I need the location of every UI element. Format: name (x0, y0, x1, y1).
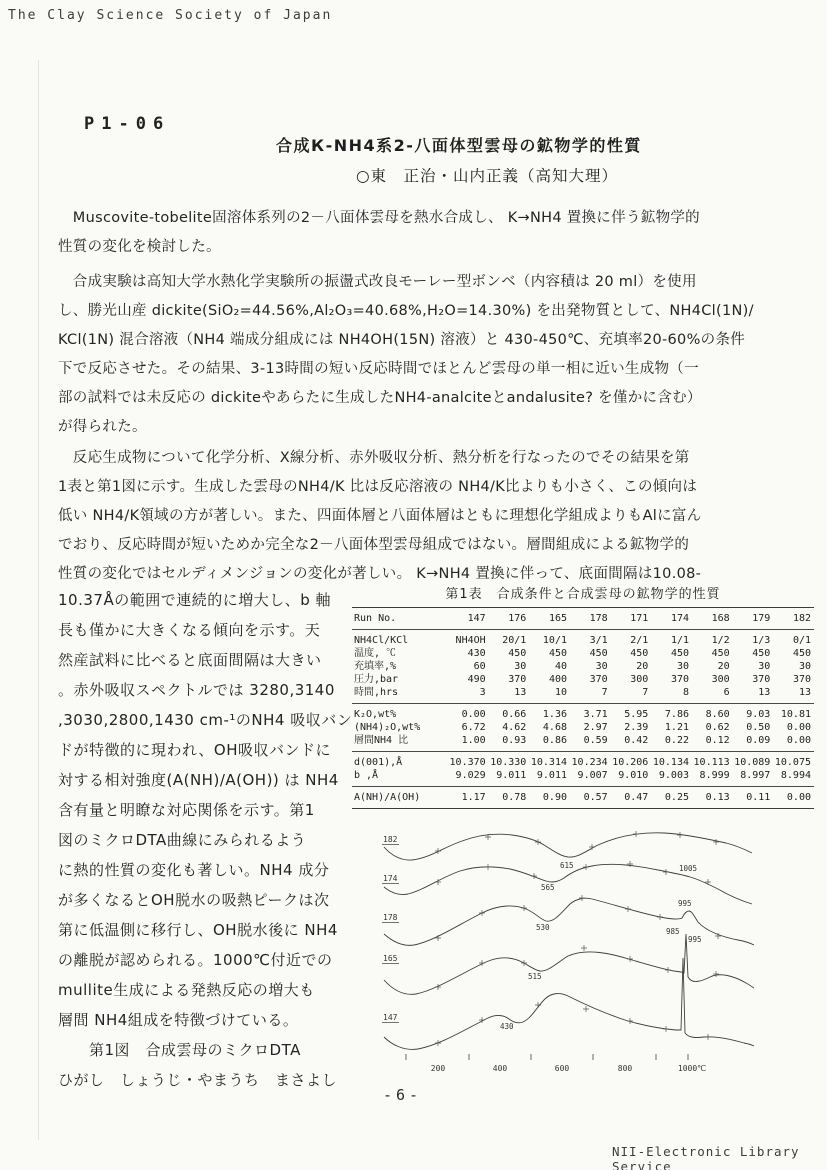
text-line: ,3030,2800,1430 cm-¹のNH4 吸収バン (58, 705, 396, 735)
table-section: K₂O,wt%0.000.661.363.715.957.868.609.031… (352, 704, 814, 752)
dta-peak-annotation: 1005 (679, 864, 697, 873)
paper-authors: ○東 正治・山内正義（高知大理） (356, 164, 618, 186)
table-cell: 0.13 (692, 791, 733, 804)
paper-title: 合成К-NH4系2-八面体型雲母の鉱物学的性質 (276, 133, 642, 156)
table-row: A(NH)/A(OH)1.170.780.900.570.470.250.130… (352, 791, 814, 804)
table-cell: 7 (611, 686, 652, 699)
text-line: でおり、反応時間が短いためか完全な2－八面体型雲母組成ではない。層間組成による鉱… (58, 531, 772, 560)
table-cell: 430 (448, 647, 489, 660)
dta-peak-annotation: 430 (500, 1022, 514, 1031)
table-cell: 9.029 (448, 769, 489, 782)
paper-code: P1-06 (84, 114, 170, 134)
text-line: mullite生成による発熱反応の増大も (58, 975, 396, 1005)
text-line: 層間 NH4組成を特徴づけている。 (58, 1005, 396, 1035)
table-row-label: 時間,hrs (352, 686, 448, 699)
table-cell: 490 (448, 673, 489, 686)
table-cell: 450 (692, 647, 733, 660)
table-cell: 0.11 (733, 791, 774, 804)
table-cell: 4.62 (489, 721, 530, 734)
dta-curves-svg: 1826151745651005178530995165515985995147… (378, 830, 827, 1076)
table-row-label: K₂O,wt% (352, 708, 448, 721)
table-cell: 13 (489, 686, 530, 699)
paragraph-2: 合成実験は高知大学水熱化学実験所の振盪式改良モーレー型ボンベ（内容積は 20 m… (58, 268, 772, 442)
table-cell: 9.003 (651, 769, 692, 782)
table-row-label: (NH4)₂O,wt% (352, 721, 448, 734)
table-cell: 10.134 (651, 756, 692, 769)
table-cell: 300 (692, 673, 733, 686)
table-cell: 7.86 (651, 708, 692, 721)
x-axis-tick-label: 200 (431, 1064, 446, 1073)
table-cell: 370 (733, 673, 774, 686)
table-cell: 450 (570, 647, 611, 660)
table-cell: 10.234 (570, 756, 611, 769)
table-cell: 10 (529, 686, 570, 699)
x-axis-ticks (406, 1054, 688, 1060)
text-line: 1表と第1図に示す。生成した雲母のNH4/K 比は反応溶液の NH4/K比よりも… (58, 473, 772, 502)
table-cell: 0.12 (692, 734, 733, 747)
table-section: d(001),Å10.37010.33010.31410.23410.20610… (352, 752, 814, 787)
text-line: 第1図 合成雲母のミクロDTA (58, 1035, 396, 1065)
table-row: Run No.147176165178171174168179182 (352, 612, 814, 625)
table-cell: 3/1 (570, 634, 611, 647)
dta-curve-run-147 (384, 958, 754, 1049)
text-line: が多くなるとOH脱水の吸熱ピークは次 (58, 885, 396, 915)
table-cell: 3 (448, 686, 489, 699)
table-cell: 9.011 (489, 769, 530, 782)
table-row: (NH4)₂O,wt%6.724.624.682.972.391.210.620… (352, 721, 814, 734)
table-cell: 370 (570, 673, 611, 686)
table-1-block: 第1表 合成条件と合成雲母の鉱物学的性質 Run No.147176165178… (352, 583, 814, 809)
table-cell: 20/1 (489, 634, 530, 647)
dta-peak-annotation: 530 (536, 923, 550, 932)
table-cell: 2/1 (611, 634, 652, 647)
table-cell: 1.36 (529, 708, 570, 721)
table-cell: 30 (651, 660, 692, 673)
table-row: 圧力,bar490370400370300370300370370 (352, 673, 814, 686)
table-header-section: Run No.147176165178171174168179182 (352, 608, 814, 630)
dta-run-label: 165 (383, 954, 398, 963)
table-cell: 8.994 (773, 769, 814, 782)
table-cell: 0.62 (692, 721, 733, 734)
table-cell: 9.010 (611, 769, 652, 782)
dta-curve-run-182 (384, 833, 752, 860)
table-cell: 400 (529, 673, 570, 686)
text-line: 10.37Åの範囲で連続的に増大し、b 軸 (58, 585, 396, 615)
text-line: 含有量と明瞭な対応関係を示す。第1 (58, 795, 396, 825)
text-line: に熱的性質の変化も著しい。NH4 成分 (58, 855, 396, 885)
library-footer: NII-Electronic Library Service (612, 1144, 827, 1170)
text-line: 対する相対強度(A(NH)/A(OH)) は NH4 (58, 765, 396, 795)
text-line: し、勝光山産 dickite(SiO₂=44.56%,Al₂O₃=40.68%,… (58, 297, 772, 326)
library-header: The Clay Science Society of Japan (8, 8, 332, 23)
table-cell: 165 (529, 612, 570, 625)
page-number: -6- (383, 1086, 422, 1104)
text-line: 第に低温側に移行し、OH脱水後に NH4 (58, 915, 396, 945)
table-cell: 3.71 (570, 708, 611, 721)
table-cell: 370 (651, 673, 692, 686)
table-cell: 0.00 (773, 734, 814, 747)
table-cell: 176 (489, 612, 530, 625)
table-cell: 30 (489, 660, 530, 673)
x-axis-tick-label: 1000℃ (678, 1064, 706, 1073)
table-cell: 40 (529, 660, 570, 673)
dta-peak-annotation: 615 (560, 861, 574, 870)
text-line: 下で反応させた。その結果、3-13時間の短い反応時間でほとんど雲母の単一相に近い… (58, 355, 772, 384)
x-axis-tick-label: 800 (618, 1064, 633, 1073)
table-cell: 0.93 (489, 734, 530, 747)
table-row: b ,Å9.0299.0119.0119.0079.0109.0038.9998… (352, 769, 814, 782)
table-section: A(NH)/A(OH)1.170.780.900.570.470.250.130… (352, 787, 814, 808)
table-row: K₂O,wt%0.000.661.363.715.957.868.609.031… (352, 708, 814, 721)
table-row-label: Run No. (352, 612, 448, 625)
table-cell: 8.999 (692, 769, 733, 782)
table-cell: 168 (692, 612, 733, 625)
dta-peak-annotation: 985 (666, 927, 680, 936)
table-cell: 450 (651, 647, 692, 660)
table-cell: 20 (611, 660, 652, 673)
table-cell: 30 (773, 660, 814, 673)
text-line: ひがし しょうじ・やまうち まさよし (58, 1065, 396, 1095)
table-cell: 0.25 (651, 791, 692, 804)
table-row-label: b ,Å (352, 769, 448, 782)
text-line: 性質の変化を検討した。 (58, 233, 772, 262)
table-cell: 9.007 (570, 769, 611, 782)
table-cell: 300 (611, 673, 652, 686)
table-cell: 174 (651, 612, 692, 625)
text-line: 。赤外吸収スペクトルでは 3280,3140 (58, 675, 396, 705)
table-cell: 10.370 (448, 756, 489, 769)
table-row-label: 圧力,bar (352, 673, 448, 686)
table-cell: 171 (611, 612, 652, 625)
table-cell: 1/3 (733, 634, 774, 647)
table-cell: 13 (773, 686, 814, 699)
table-1: Run No.147176165178171174168179182NH4Cl/… (352, 607, 814, 809)
table-row: 充填率,%603040302030203030 (352, 660, 814, 673)
table-cell: 0.50 (733, 721, 774, 734)
table-section: NH4Cl/KClNH4OH20/110/13/12/11/11/21/30/1… (352, 630, 814, 704)
table-row-label: 温度, ℃ (352, 647, 448, 660)
table-1-title: 第1表 合成条件と合成雲母の鉱物学的性質 (352, 583, 814, 602)
table-cell: 8.997 (733, 769, 774, 782)
table-cell: 0.00 (448, 708, 489, 721)
text-line: 図のミクロDTA曲線にみられるよう (58, 825, 396, 855)
table-row: 層間NH4 比1.000.930.860.590.420.220.120.090… (352, 734, 814, 747)
text-line: が得られた。 (58, 413, 772, 442)
text-line: 低い NH4/K領域の方が著しい。また、四面体層と八面体層はともに理想化学組成よ… (58, 502, 772, 531)
table-cell: 9.011 (529, 769, 570, 782)
table-cell: 0.47 (611, 791, 652, 804)
table-cell: 1.17 (448, 791, 489, 804)
table-cell: 147 (448, 612, 489, 625)
left-text-column: 10.37Åの範囲で連続的に増大し、b 軸長も僅かに大きくなる傾向を示す。天然産… (58, 585, 396, 1095)
table-cell: 10.81 (773, 708, 814, 721)
table-cell: 10.206 (611, 756, 652, 769)
scan-crease-line (38, 60, 39, 1140)
text-line: 長も僅かに大きくなる傾向を示す。天 (58, 615, 396, 645)
table-cell: 8 (651, 686, 692, 699)
table-cell: 2.97 (570, 721, 611, 734)
table-cell: 10.113 (692, 756, 733, 769)
table-cell: 4.68 (529, 721, 570, 734)
table-cell: 0.90 (529, 791, 570, 804)
text-line: 部の試料では未反応の dickiteやあらたに生成したNH4-analciteと… (58, 384, 772, 413)
table-cell: 450 (489, 647, 530, 660)
table-cell: 13 (733, 686, 774, 699)
table-cell: 10.075 (773, 756, 814, 769)
text-line: Muscovite-tobelite固溶体系列の2－八面体雲母を熱水合成し、 K… (58, 204, 772, 233)
text-line: ドが特徴的に現われ、OH吸収バンドに (58, 735, 396, 765)
table-cell: 2.39 (611, 721, 652, 734)
table-cell: 0.86 (529, 734, 570, 747)
table-row-label: 充填率,% (352, 660, 448, 673)
dta-run-label: 182 (383, 835, 398, 844)
table-cell: 450 (529, 647, 570, 660)
table-row: d(001),Å10.37010.33010.31410.23410.20610… (352, 756, 814, 769)
table-cell: 0.00 (773, 721, 814, 734)
table-row-label: A(NH)/A(OH) (352, 791, 448, 804)
table-row: 時間,hrs3131077861313 (352, 686, 814, 699)
table-cell: 1/1 (651, 634, 692, 647)
table-cell: 7 (570, 686, 611, 699)
table-cell: 0/1 (773, 634, 814, 647)
table-cell: 1.21 (651, 721, 692, 734)
table-cell: 10.089 (733, 756, 774, 769)
table-cell: 0.59 (570, 734, 611, 747)
dta-run-label: 147 (383, 1013, 398, 1022)
table-cell: 0.22 (651, 734, 692, 747)
x-axis-tick-label: 600 (555, 1064, 570, 1073)
table-cell: 370 (773, 673, 814, 686)
table-cell: 178 (570, 612, 611, 625)
table-cell: 370 (489, 673, 530, 686)
table-cell: 450 (611, 647, 652, 660)
table-cell: NH4OH (448, 634, 489, 647)
table-cell: 0.66 (489, 708, 530, 721)
text-line: の離脱が認められる。1000℃付近での (58, 945, 396, 975)
text-line: 合成実験は高知大学水熱化学実験所の振盪式改良モーレー型ボンベ（内容積は 20 m… (58, 268, 772, 297)
table-cell: 10.314 (529, 756, 570, 769)
table-row-label: d(001),Å (352, 756, 448, 769)
table-row: 温度, ℃430450450450450450450450450 (352, 647, 814, 660)
table-cell: 0.78 (489, 791, 530, 804)
table-cell: 6.72 (448, 721, 489, 734)
table-cell: 10/1 (529, 634, 570, 647)
dta-peak-annotation: 995 (678, 899, 692, 908)
table-cell: 5.95 (611, 708, 652, 721)
table-cell: 10.330 (489, 756, 530, 769)
table-cell: 182 (773, 612, 814, 625)
table-cell: 450 (773, 647, 814, 660)
dta-peak-annotation: 565 (541, 883, 555, 892)
table-cell: 8.60 (692, 708, 733, 721)
table-cell: 30 (733, 660, 774, 673)
table-cell: 1/2 (692, 634, 733, 647)
table-cell: 9.03 (733, 708, 774, 721)
x-axis-tick-label: 400 (493, 1064, 508, 1073)
text-line: KCl(1N) 混合溶液（NH4 端成分組成には NH4OH(15N) 溶液）と… (58, 326, 772, 355)
paragraph-3: 反応生成物について化学分析、X線分析、赤外吸収分析、熱分析を行なったのでその結果… (58, 444, 772, 589)
text-line: 反応生成物について化学分析、X線分析、赤外吸収分析、熱分析を行なったのでその結果… (58, 444, 772, 473)
table-cell: 0.09 (733, 734, 774, 747)
dta-peak-annotation: 515 (528, 972, 542, 981)
table-cell: 60 (448, 660, 489, 673)
figure-1-dta-chart: 1826151745651005178530995165515985995147… (378, 830, 827, 1076)
dta-run-label: 174 (383, 874, 398, 883)
table-cell: 0.57 (570, 791, 611, 804)
table-cell: 450 (733, 647, 774, 660)
table-row: NH4Cl/KClNH4OH20/110/13/12/11/11/21/30/1 (352, 634, 814, 647)
table-row-label: 層間NH4 比 (352, 734, 448, 747)
table-cell: 0.00 (773, 791, 814, 804)
table-cell: 30 (570, 660, 611, 673)
table-cell: 1.00 (448, 734, 489, 747)
table-cell: 6 (692, 686, 733, 699)
dta-run-label: 178 (383, 913, 398, 922)
table-cell: 0.42 (611, 734, 652, 747)
table-row-label: NH4Cl/KCl (352, 634, 448, 647)
dta-peak-annotation: 995 (688, 935, 702, 944)
table-cell: 179 (733, 612, 774, 625)
text-line: 然産試料に比べると底面間隔は大きい (58, 645, 396, 675)
table-cell: 20 (692, 660, 733, 673)
paragraph-1: Muscovite-tobelite固溶体系列の2－八面体雲母を熱水合成し、 K… (58, 204, 772, 262)
